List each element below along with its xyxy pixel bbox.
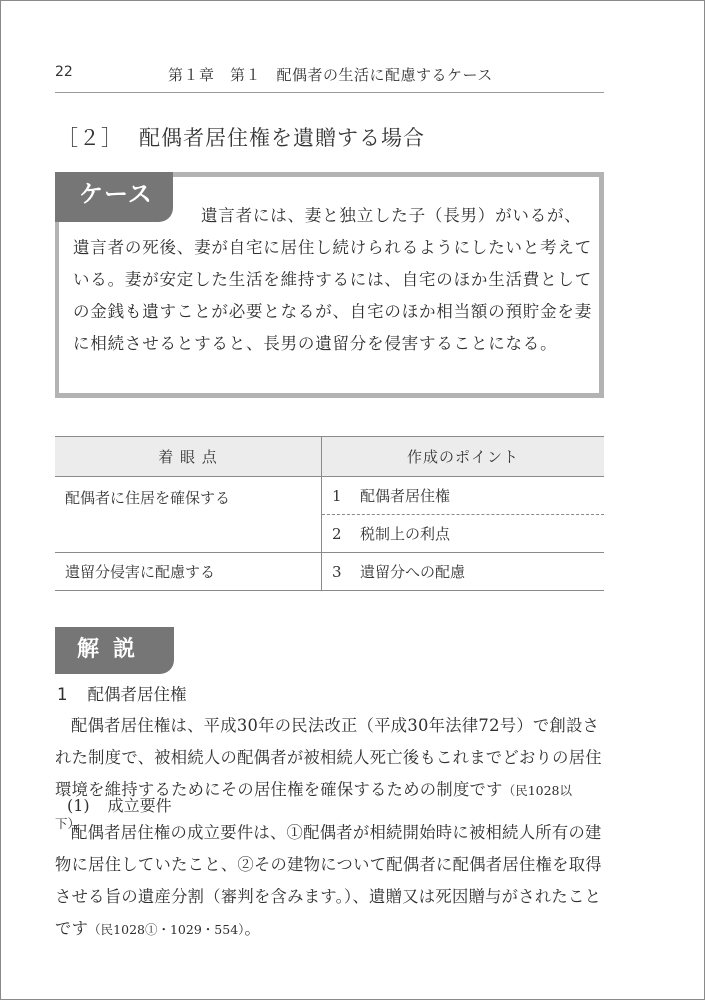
page-number: 22 bbox=[55, 64, 73, 80]
point-cell: 2税制上の利点 bbox=[322, 515, 605, 553]
case-box: ケース 遺言者には、妻と独立した子（長男）がいるが、遺言者の死後、妻が自宅に居住… bbox=[55, 172, 604, 398]
header-points: 作成のポイント bbox=[322, 437, 605, 477]
header-aspect: 着 眼 点 bbox=[55, 437, 322, 477]
heading-level-1: 1配偶者居住権 bbox=[57, 681, 187, 705]
section-title-text: 配偶者居住権を遺贈する場合 bbox=[139, 126, 425, 150]
section-number: ［２］ bbox=[57, 126, 123, 150]
section-title: ［２］配偶者居住権を遺贈する場合 bbox=[57, 122, 425, 152]
paragraph: 配偶者居住権の成立要件は、①配偶者が相続開始時に被相続人所有の建物に居住していた… bbox=[55, 817, 605, 946]
header-rule bbox=[55, 92, 604, 93]
commentary-badge: 解説 bbox=[55, 627, 174, 674]
heading-level-2: (1)成立要件 bbox=[67, 793, 172, 816]
aspect-cell: 遺留分侵害に配慮する bbox=[55, 553, 322, 591]
chapter-title: 第１章 第１ 配偶者の生活に配慮するケース bbox=[168, 64, 493, 85]
running-head: 22 第１章 第１ 配偶者の生活に配慮するケース bbox=[55, 64, 604, 86]
case-text: 遺言者には、妻と独立した子（長男）がいるが、遺言者の死後、妻が自宅に居住し続けら… bbox=[73, 200, 593, 360]
points-table: 着 眼 点 作成のポイント 配偶者に住居を確保する 1配偶者居住権 2税制上の利… bbox=[55, 436, 604, 591]
table-row: 配偶者に住居を確保する 1配偶者居住権 bbox=[55, 477, 604, 515]
point-cell: 3遺留分への配慮 bbox=[322, 553, 605, 591]
citation: （民1028①・1029・554） bbox=[88, 922, 244, 937]
aspect-cell: 配偶者に住居を確保する bbox=[55, 477, 322, 553]
table-header-row: 着 眼 点 作成のポイント bbox=[55, 437, 604, 477]
point-cell: 1配偶者居住権 bbox=[322, 477, 605, 515]
table-row: 遺留分侵害に配慮する 3遺留分への配慮 bbox=[55, 553, 604, 591]
